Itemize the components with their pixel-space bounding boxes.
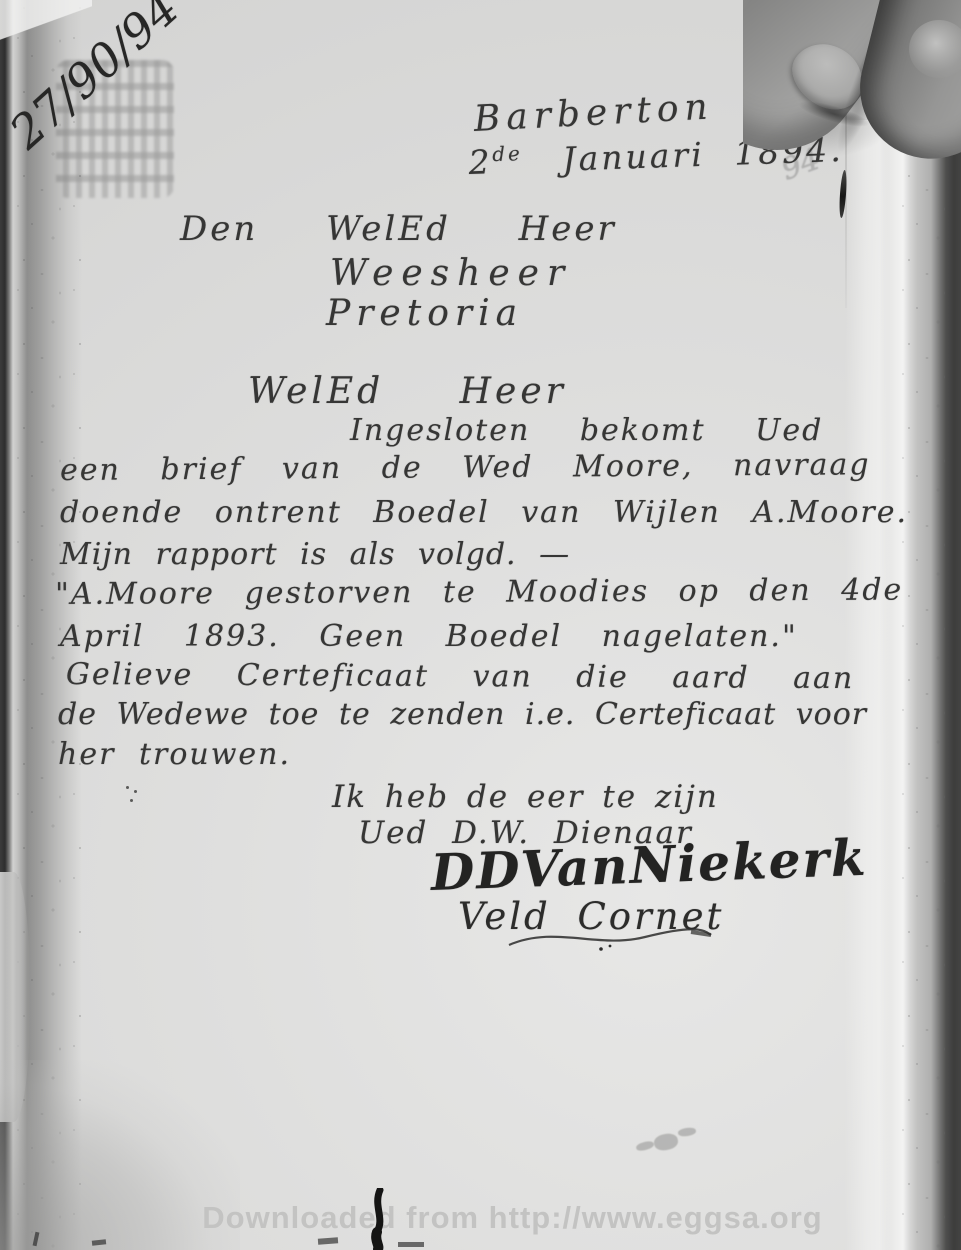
scanned-letter-photo: 27/90/94 94 Barberton 2de Januari 1894. …	[0, 0, 961, 1250]
page-corner-top-left	[0, 0, 92, 52]
bottom-ink-stroke	[356, 1188, 402, 1250]
signature-flourish	[505, 918, 715, 954]
salutation: WelEd Heer	[248, 374, 567, 410]
recipient-line-2: Weesheer	[330, 256, 572, 292]
date-ordinal: de	[492, 142, 523, 166]
body-line: "A.Moore gestorven te Moodies op den 4de	[55, 576, 903, 610]
closing-line-1: Ik heb de eer te zijn	[332, 782, 719, 813]
recipient-line-1: Den WelEd Heer	[180, 212, 617, 246]
date-day: 2	[468, 142, 493, 182]
recipient-line-3: Pretoria	[326, 296, 523, 332]
body-line: doende ontrent Boedel van Wijlen A.Moore…	[60, 498, 908, 528]
body-line: April 1893. Geen Boedel nagelaten."	[60, 622, 798, 652]
body-opening: Ingesloten bekomt Ued	[350, 416, 823, 446]
knuckle-highlight	[909, 20, 961, 78]
body-line: her trouwen.	[58, 740, 291, 770]
body-line: een brief van de Wed Moore, navraag	[60, 450, 871, 486]
signature-name: DDVanNiekerk	[430, 833, 868, 898]
letter-place: Barberton	[473, 89, 715, 138]
hand-holding-page	[743, 0, 961, 212]
body-line: Mijn rapport is als volgd. —	[60, 540, 570, 570]
ink-dots	[126, 786, 140, 804]
body-line: de Wedewe toe te zenden i.e. Certeficaat…	[58, 700, 867, 730]
pencil-smudge	[636, 1126, 700, 1168]
body-line: Gelieve Certeficaat van die aard aan	[66, 660, 855, 694]
watermark: Downloaded from http://www.eggsa.org	[0, 1200, 961, 1236]
